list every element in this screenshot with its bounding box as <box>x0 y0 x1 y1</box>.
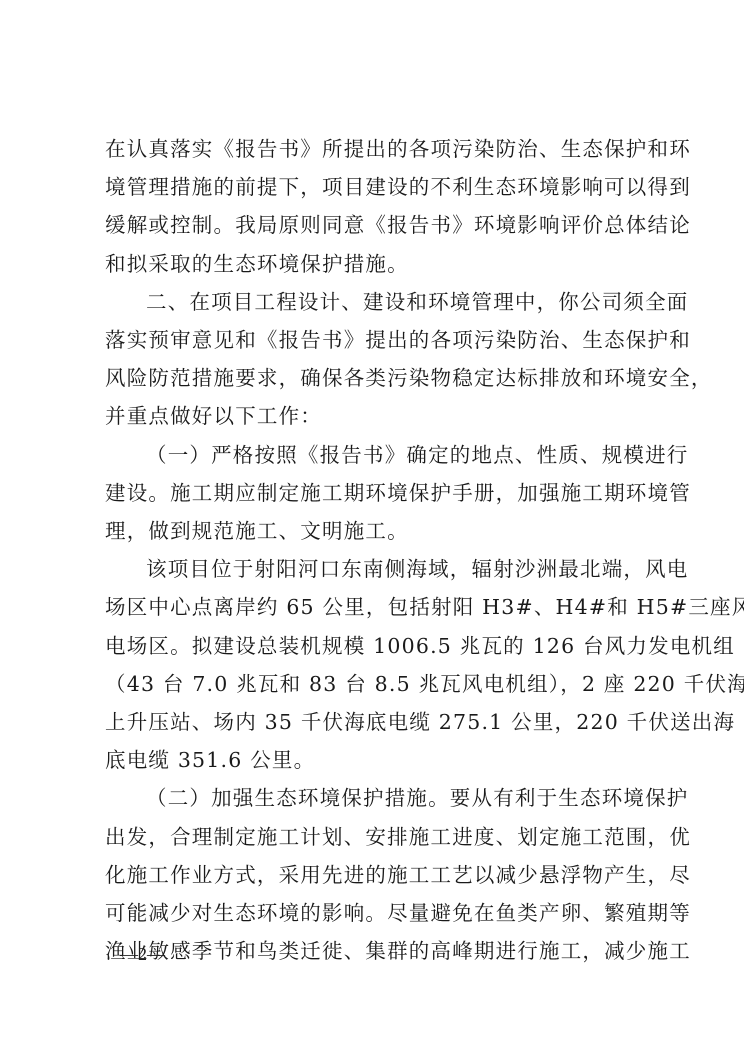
text-line: 可能减少对生态环境的影响。尽量避免在鱼类产卵、繁殖期等 <box>105 894 643 932</box>
paragraph: 在认真落实《报告书》所提出的各项污染防治、生态保护和环境管理措施的前提下，项目建… <box>105 130 643 283</box>
text-line: 二、在项目工程设计、建设和环境管理中，你公司须全面 <box>105 283 643 321</box>
text-line: 和拟采取的生态环境保护措施。 <box>105 245 643 283</box>
text-line: 理，做到规范施工、文明施工。 <box>105 512 643 550</box>
document-body: 在认真落实《报告书》所提出的各项污染防治、生态保护和环境管理措施的前提下，项目建… <box>105 130 643 970</box>
paragraph: 二、在项目工程设计、建设和环境管理中，你公司须全面落实预审意见和《报告书》提出的… <box>105 283 643 436</box>
text-line: （43 台 7.0 兆瓦和 83 台 8.5 兆瓦风电机组），2 座 220 千… <box>105 665 643 703</box>
text-line: 底电缆 351.6 公里。 <box>105 741 643 779</box>
paragraph: （一）严格按照《报告书》确定的地点、性质、规模进行建设。施工期应制定施工期环境保… <box>105 436 643 551</box>
text-line: 场区中心点离岸约 65 公里，包括射阳 H3#、H4#和 H5#三座风 <box>105 588 643 626</box>
text-line: 电场区。拟建设总装机规模 1006.5 兆瓦的 126 台风力发电机组 <box>105 627 643 665</box>
page-number: —2— <box>120 944 165 965</box>
text-line: 建设。施工期应制定施工期环境保护手册，加强施工期环境管 <box>105 474 643 512</box>
text-line: 该项目位于射阳河口东南侧海域，辐射沙洲最北端，风电 <box>105 550 643 588</box>
paragraph: （二）加强生态环境保护措施。要从有利于生态环境保护出发，合理制定施工计划、安排施… <box>105 779 643 970</box>
text-line: （一）严格按照《报告书》确定的地点、性质、规模进行 <box>105 436 643 474</box>
text-line: 缓解或控制。我局原则同意《报告书》环境影响评价总体结论 <box>105 206 643 244</box>
text-line: 境管理措施的前提下，项目建设的不利生态环境影响可以得到 <box>105 168 643 206</box>
paragraph: 该项目位于射阳河口东南侧海域，辐射沙洲最北端，风电场区中心点离岸约 65 公里，… <box>105 550 643 779</box>
text-line: 出发，合理制定施工计划、安排施工进度、划定施工范围，优 <box>105 818 643 856</box>
text-line: 渔业敏感季节和鸟类迁徙、集群的高峰期进行施工，减少施工 <box>105 932 643 970</box>
document-page: 在认真落实《报告书》所提出的各项污染防治、生态保护和环境管理措施的前提下，项目建… <box>0 0 744 1052</box>
text-line: 落实预审意见和《报告书》提出的各项污染防治、生态保护和 <box>105 321 643 359</box>
text-line: 风险防范措施要求，确保各类污染物稳定达标排放和环境安全， <box>105 359 643 397</box>
text-line: 并重点做好以下工作： <box>105 397 643 435</box>
text-line: 在认真落实《报告书》所提出的各项污染防治、生态保护和环 <box>105 130 643 168</box>
text-line: （二）加强生态环境保护措施。要从有利于生态环境保护 <box>105 779 643 817</box>
text-line: 上升压站、场内 35 千伏海底电缆 275.1 公里，220 千伏送出海 <box>105 703 643 741</box>
text-line: 化施工作业方式，采用先进的施工工艺以减少悬浮物产生，尽 <box>105 856 643 894</box>
